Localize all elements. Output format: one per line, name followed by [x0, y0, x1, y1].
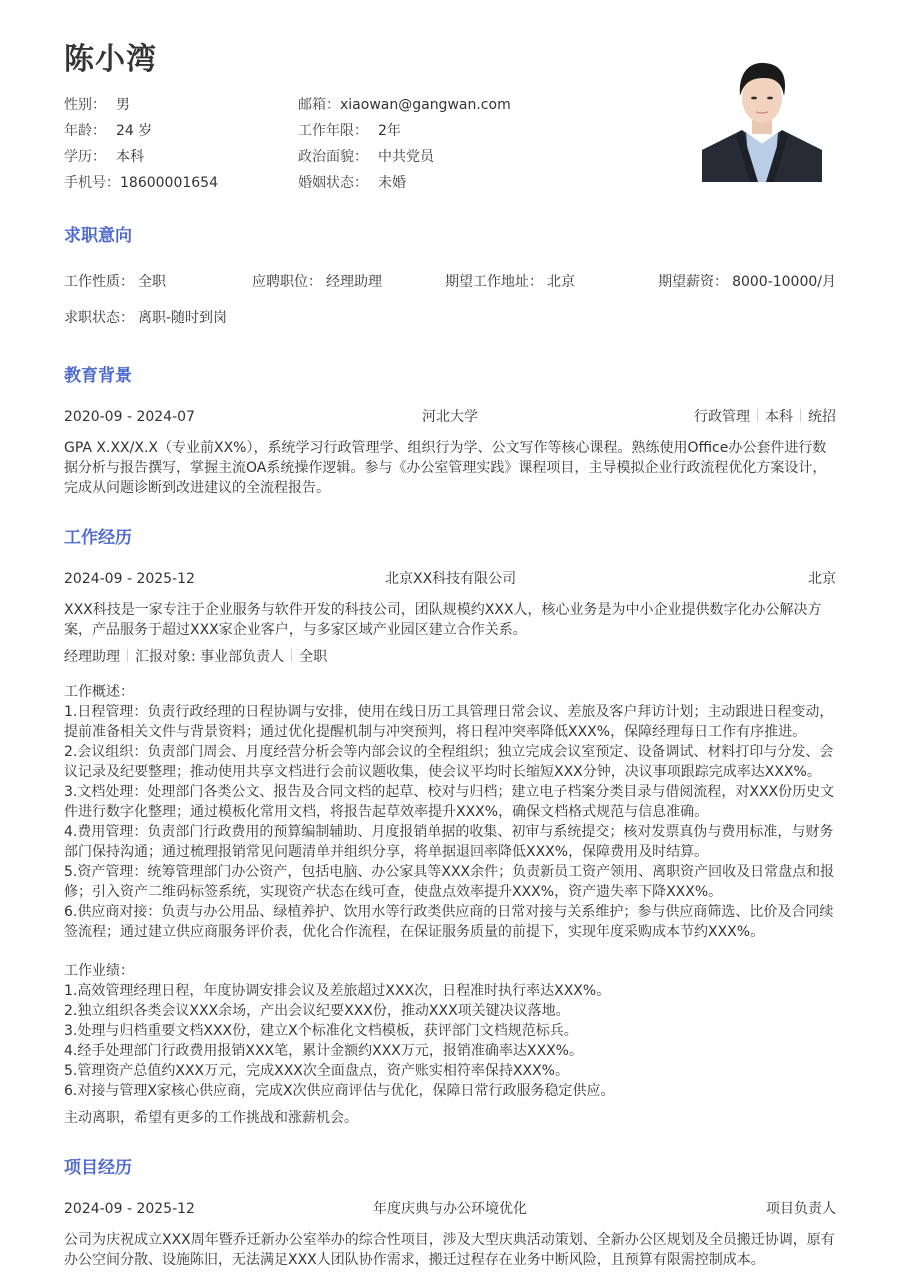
- work-report-to: 汇报对象: 事业部负责人: [135, 649, 284, 665]
- info-work-years: 工作年限：2年: [298, 120, 401, 142]
- info-value: 未婚: [378, 175, 406, 191]
- info-political: 政治面貌：中共党员: [298, 146, 434, 168]
- project-role: 项目负责人: [766, 1198, 836, 1220]
- intent-value: 离职-随时到岗: [138, 310, 227, 326]
- work-tags: 经理助理汇报对象: 事业部负责人全职: [64, 646, 327, 668]
- overview-item: 4.费用管理：负责部门行政费用的预算编制辅助、月度报销单据的收集、初审与系统提交…: [64, 822, 839, 862]
- info-label: 邮箱：: [298, 97, 340, 113]
- intent-value: 8000-10000/月: [732, 274, 836, 290]
- achievement-item: 5.管理资产总值约XXX万元，完成XXX次全面盘点，资产账实相符率保持XXX%。: [64, 1061, 839, 1081]
- separator: [757, 409, 758, 422]
- section-title-education: 教育背景: [64, 364, 132, 388]
- project-name: 年度庆典与办公环境优化: [373, 1198, 527, 1220]
- section-title-work: 工作经历: [64, 526, 132, 550]
- intent-label: 期望工作地址：: [445, 274, 543, 290]
- info-label: 学历：: [64, 149, 106, 165]
- education-major: 行政管理: [694, 409, 750, 425]
- education-description: GPA X.XX/X.X（专业前XX%），系统学习行政管理学、组织行为学、公文写…: [64, 438, 839, 498]
- work-overview: 工作概述： 1.日程管理：负责行政经理的日程协调与安排，使用在线日历工具管理日常…: [64, 682, 839, 942]
- intent-value: 经理助理: [326, 274, 382, 290]
- achievement-item: 6.对接与管理X家核心供应商，完成X次供应商评估与优化，保障日常行政服务稳定供应…: [64, 1081, 839, 1101]
- education-degree: 本科: [765, 409, 793, 425]
- achievement-item: 3.处理与归档重要文档XXX份，建立X个标准化文档模板，获评部门文档规范标兵。: [64, 1021, 839, 1041]
- achievement-item: 1.高效管理经理日程，年度协调安排会议及差旅超过XXX次，日程准时执行率达XXX…: [64, 981, 839, 1001]
- achievement-item: 2.独立组织各类会议XXX余场，产出会议纪要XXX份，推动XXX项关键决议落地。: [64, 1001, 839, 1021]
- info-value: 24 岁: [116, 123, 152, 139]
- overview-item: 5.资产管理：统筹管理部门办公资产，包括电脑、办公家具等XXX余件；负责新员工资…: [64, 862, 839, 902]
- info-value: 中共党员: [378, 149, 434, 165]
- info-value: 18600001654: [120, 175, 218, 191]
- separator: [127, 649, 128, 662]
- info-label: 手机号：: [64, 175, 120, 191]
- info-phone: 手机号：18600001654: [64, 172, 218, 194]
- work-company-description: XXX科技是一家专注于企业服务与软件开发的科技公司，团队规模约XXX人，核心业务…: [64, 600, 839, 640]
- intent-value: 全职: [138, 274, 166, 290]
- work-company: 北京XX科技有限公司: [385, 568, 516, 590]
- overview-title: 工作概述：: [64, 682, 839, 702]
- overview-item: 6.供应商对接：负责与办公用品、绿植养护、饮用水等行政类供应商的日常对接与关系维…: [64, 902, 839, 942]
- info-email: 邮箱：xiaowan@gangwan.com: [298, 94, 511, 116]
- intent-label: 期望薪资：: [658, 274, 728, 290]
- intent-label: 工作性质：: [64, 274, 134, 290]
- overview-item: 3.文档处理：处理部门各类公文、报告及合同文档的起草、校对与归档；建立电子档案分…: [64, 782, 839, 822]
- work-title: 经理助理: [64, 649, 120, 665]
- intent-status: 求职状态：离职-随时到岗: [64, 307, 227, 329]
- info-gender: 性别：男: [64, 94, 130, 116]
- portrait-icon: [702, 52, 822, 182]
- info-education: 学历：本科: [64, 146, 144, 168]
- section-title-job-intent: 求职意向: [64, 224, 132, 248]
- intent-value: 北京: [547, 274, 575, 290]
- info-marital: 婚姻状态：未婚: [298, 172, 406, 194]
- info-label: 政治面貌：: [298, 149, 368, 165]
- education-type: 统招: [808, 409, 836, 425]
- project-description: 公司为庆祝成立XXX周年暨乔迁新办公室举办的综合性项目，涉及大型庆典活动策划、全…: [64, 1230, 839, 1270]
- work-leave-reason: 主动离职，希望有更多的工作挑战和涨薪机会。: [64, 1108, 839, 1128]
- achievement-item: 4.经手处理部门行政费用报销XXX笔，累计金额约XXX万元，报销准确率达XXX%…: [64, 1041, 839, 1061]
- info-label: 性别：: [64, 97, 106, 113]
- education-period: 2020-09 - 2024-07: [64, 406, 195, 428]
- separator: [291, 649, 292, 662]
- work-period: 2024-09 - 2025-12: [64, 568, 195, 590]
- education-tags: 行政管理本科统招: [694, 406, 836, 428]
- info-value: 男: [116, 97, 130, 113]
- overview-item: 2.会议组织：负责部门周会、月度经营分析会等内部会议的全程组织；独立完成会议室预…: [64, 742, 839, 782]
- intent-location: 期望工作地址：北京: [445, 271, 575, 293]
- project-period: 2024-09 - 2025-12: [64, 1198, 195, 1220]
- info-label: 年龄：: [64, 123, 106, 139]
- profile-photo: [702, 52, 822, 182]
- work-type: 全职: [299, 649, 327, 665]
- info-value: 2年: [378, 123, 401, 139]
- achievements-title: 工作业绩：: [64, 961, 839, 981]
- overview-item: 1.日程管理：负责行政经理的日程协调与安排，使用在线日历工具管理日常会议、差旅及…: [64, 702, 839, 742]
- intent-label: 求职状态：: [64, 310, 134, 326]
- intent-work-type: 工作性质：全职: [64, 271, 166, 293]
- separator: [800, 409, 801, 422]
- section-title-project: 项目经历: [64, 1156, 132, 1180]
- education-school: 河北大学: [422, 406, 478, 428]
- info-value: 本科: [116, 149, 144, 165]
- candidate-name: 陈小湾: [64, 40, 157, 80]
- info-label: 工作年限：: [298, 123, 368, 139]
- intent-position: 应聘职位：经理助理: [252, 271, 382, 293]
- work-achievements: 工作业绩： 1.高效管理经理日程，年度协调安排会议及差旅超过XXX次，日程准时执…: [64, 961, 839, 1101]
- intent-salary: 期望薪资：8000-10000/月: [658, 271, 836, 293]
- info-value: xiaowan@gangwan.com: [340, 97, 511, 113]
- info-age: 年龄：24 岁: [64, 120, 152, 142]
- info-label: 婚姻状态：: [298, 175, 368, 191]
- intent-label: 应聘职位：: [252, 274, 322, 290]
- work-location: 北京: [808, 568, 836, 590]
